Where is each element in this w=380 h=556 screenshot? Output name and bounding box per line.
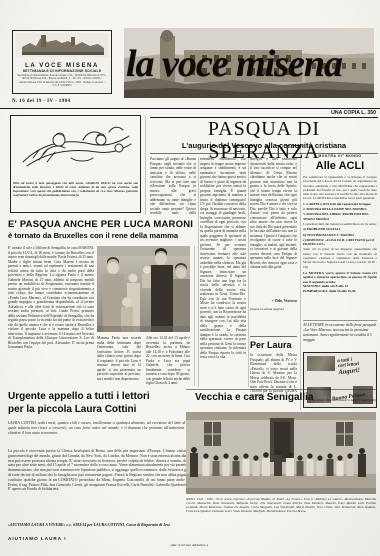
maroni-family-photo [97, 246, 190, 332]
acli-hours-afternoon: POMERIGGIO: dalle 16 alle 19,30. [303, 289, 377, 293]
continuation-note: (Segue in ultima pagina) [250, 307, 297, 311]
family-group-photo-icon [97, 246, 190, 332]
acli-list-item: b) TESTIMONIANZE 3° MONDO [303, 233, 377, 237]
maroni-subhead: è tornato da Bruxelles con il rene della… [8, 231, 178, 240]
maroni-column-3: Alle ore 12,43 del 13 aprile è avvenuta … [146, 336, 190, 386]
laura-source-credit: (dal «Corriere Adriatico») [120, 543, 208, 547]
bishop-signature: + Odo, Vescovo [250, 299, 297, 303]
card-photo-top [307, 356, 335, 371]
senigallia-byline: (a cura di Rino Girolimetti e Adrio Casa… [258, 398, 376, 402]
per-laura-divider [250, 336, 297, 337]
pasqua-column-3: sinergici e altri totalmente disancorati… [250, 157, 297, 297]
laura-intro: LAURA COTTINI, sedici mesi, quattro chil… [8, 421, 208, 447]
acli-intro: Per santificare la Quaresima e la Pasqua… [303, 175, 377, 201]
readers-notice: AI LETTORI! In occasione delle feste pas… [303, 320, 377, 350]
easter-cartoon-box: Oltre ad essere il noto paesaggista che … [10, 115, 141, 213]
deposition-sketch-icon [13, 118, 138, 176]
pasqua-column-1: Facciamo gli auguri di «Buona Pasqua» ne… [150, 157, 196, 215]
acli-body: Tutto ciò fa parte di un impegno quaresi… [303, 247, 377, 268]
pasqua-subhead: L'augurio del Vescovo alla comunità cris… [150, 141, 378, 150]
laura-headline-line1: Urgente appello a tutti i lettori [8, 390, 208, 403]
masthead-fine-print: Spedizione in Abbonamento Postale Gruppo… [16, 74, 108, 88]
maroni-column-1: E' tornato il sole a Vallone di Senigall… [8, 246, 94, 385]
column-divider [145, 115, 146, 215]
acli-list-item: 1. CARTELLONI fatti dai ragazzi del Grup… [303, 202, 377, 206]
issue-date-line: N. 16 del 19 - IV - 1984 [12, 99, 70, 104]
cartoon-caption: Oltre ad essere il noto paesaggista che … [13, 182, 138, 212]
column-divider [248, 157, 249, 387]
masthead-title: la voce misena [126, 42, 380, 86]
column-divider [194, 246, 195, 386]
pasqua-column-2: estendersi estendendo con impeto le trop… [200, 157, 246, 388]
school-group-photo [186, 412, 376, 494]
senigallia-divider [186, 389, 376, 390]
acli-kicker: MOSTRA III° MONDO [303, 154, 377, 158]
newspaper-tagline: SETTIMANALE DI INFORMAZIONE SOCIALE [16, 69, 108, 73]
laura-closing: AIUTIAMO LAURA ! [8, 536, 67, 541]
header-divider [0, 108, 380, 109]
maroni-column-2: Mamma Paola non ricorda nulla della sett… [97, 336, 141, 386]
acli-list-item: a) PROBLEMI SOCIALI [303, 227, 377, 231]
town-etching-icon [16, 33, 108, 57]
per-laura-headline: Per Laura [250, 340, 298, 350]
acli-headline: Alle ACLI [303, 160, 377, 172]
laura-headline: Urgente appello a tutti i lettori per la… [8, 390, 208, 416]
card-script-line1: a tutti i cari lettori Auguri! [337, 357, 360, 376]
school-group-photo-icon [186, 412, 376, 494]
laura-headline-line2: per la piccola Laura Cottini [8, 403, 208, 416]
acli-bridge: I cartelloni fatti dai ragazzi si suddiv… [303, 222, 377, 226]
copy-price: UNA COPIA L. 350 [280, 110, 376, 116]
laura-body: La piccola è ricoverata presso la Clinic… [8, 449, 208, 521]
maroni-headline: E' PASQUA ANCHE PER LUCA MARONI [8, 219, 193, 230]
acli-list-item: 2. MOSTRA DELLA FAME NEL MONDO; [303, 207, 377, 211]
acli-list-item: c) RISPOSTA: «COSA FA IL CRISTIANO per i… [303, 238, 377, 247]
sidebar-divider [300, 120, 301, 410]
laura-fund-line: «AIUTIAMO LAURA A VIVERE» c.c. 6383/14 p… [8, 522, 208, 527]
acli-notice: La MOSTRA verrà aperta il Sabato Santo (… [303, 271, 377, 284]
acli-article: MOSTRA III° MONDO Alle ACLI Per santific… [303, 154, 377, 318]
column-divider [198, 157, 199, 387]
senigallia-caption: ANNO: 1929 - 1930 - Va in scena l'operet… [186, 497, 376, 531]
newspaper-logo-box: LA VOCE MISENA SETTIMANALE DI INFORMAZIO… [12, 30, 112, 94]
newspaper-front-page: LA VOCE MISENA SETTIMANALE DI INFORMAZIO… [0, 0, 380, 556]
acli-list-item: 3. MOSTRA DEL LIBRO: PROBLEMI DEL TERZO … [303, 212, 377, 221]
card-text: Auguri! [338, 367, 360, 376]
